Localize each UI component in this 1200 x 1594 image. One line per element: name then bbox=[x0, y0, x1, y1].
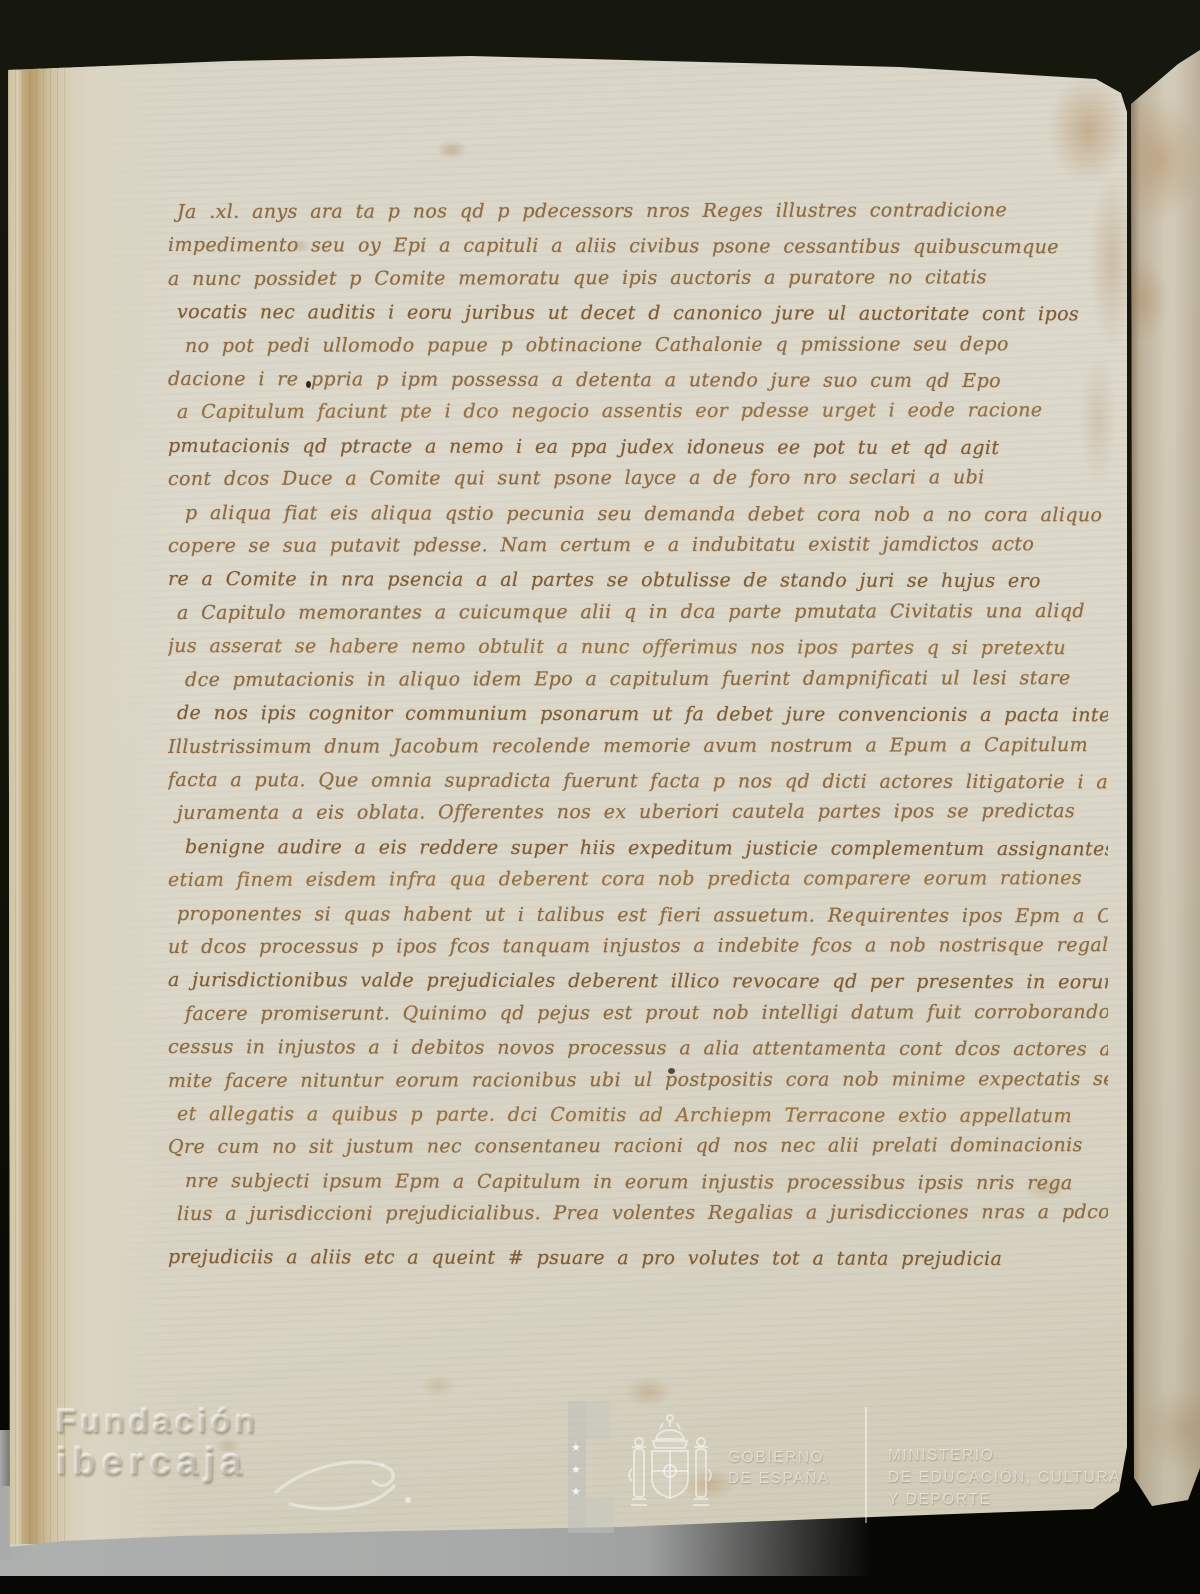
eu-flag-icon: ★ ★ ★ bbox=[568, 1401, 620, 1533]
manuscript-line: Qre cum no sit justum nec consentaneu ra… bbox=[168, 1129, 1108, 1164]
manuscript-line: cont dcos Duce a Comite qui sunt psone l… bbox=[168, 461, 1108, 496]
manuscript-line: jus asserat se habere nemo obtulit a nun… bbox=[168, 630, 1108, 666]
manuscript-line: p aliqua fiat eis aliqua qstio pecunia s… bbox=[168, 497, 1108, 533]
manuscript-line: Illustrissimum dnum Jacobum recolende me… bbox=[168, 729, 1108, 764]
manuscript-line: a jurisdictionibus valde prejudiciales d… bbox=[168, 964, 1108, 1000]
watermark-divider-line bbox=[865, 1407, 867, 1523]
manuscript-line: juramenta a eis oblata. Offerentes nos e… bbox=[168, 795, 1108, 830]
manuscript-line: nre subjecti ipsum Epm a Capitulum in eo… bbox=[168, 1165, 1108, 1201]
manuscript-line: copere se sua putavit pdesse. Nam certum… bbox=[168, 528, 1108, 563]
spain-government-watermark: ★ ★ ★ bbox=[560, 1395, 1170, 1535]
manuscript-line: vocatis nec auditis i eoru juribus ut de… bbox=[168, 296, 1108, 332]
ibercaja-swoosh-icon bbox=[270, 1442, 420, 1527]
eu-star-icon: ★ bbox=[571, 1485, 581, 1498]
government-label-line2: DE ESPAÑA bbox=[728, 1468, 830, 1489]
manuscript-line: mite facere nituntur eorum racionibus ub… bbox=[168, 1063, 1108, 1098]
ministry-label-line3: Y DEPORTE bbox=[888, 1489, 1121, 1511]
manuscript-page: Ja .xl. anys ara ta p nos qd p pdecessor… bbox=[0, 0, 1200, 1594]
eu-star-icon: ★ bbox=[571, 1463, 581, 1476]
manuscript-line: lius a jurisdiccioni prejudicialibus. Pr… bbox=[168, 1196, 1108, 1231]
manuscript-line: dce pmutacionis in aliquo idem Epo a cap… bbox=[168, 662, 1108, 697]
manuscript-line: de nos ipis cognitor communium psonarum … bbox=[168, 697, 1108, 733]
stacked-page-edges bbox=[8, 56, 66, 1544]
manuscript-line: no pot pedi ullomodo papue p obtinacione… bbox=[168, 328, 1108, 363]
eu-flag-block-bottom bbox=[586, 1497, 614, 1533]
manuscript-line: cessus in injustos a i debitos novos pro… bbox=[168, 1031, 1108, 1067]
manuscript-line: a Capitulum faciunt pte i dco negocio as… bbox=[168, 394, 1108, 429]
manuscript-line: Ja .xl. anys ara ta p nos qd p pdecessor… bbox=[168, 196, 1108, 229]
manuscript-line: facere promiserunt. Quinimo qd pejus est… bbox=[168, 996, 1108, 1031]
ministry-label-line1: MINISTERIO bbox=[888, 1445, 1121, 1467]
manuscript-scan-photo: Ja .xl. anys ara ta p nos qd p pdecessor… bbox=[0, 0, 1200, 1594]
spain-coat-of-arms-icon bbox=[622, 1411, 718, 1519]
eu-star-icon: ★ bbox=[571, 1441, 581, 1454]
manuscript-line: benigne audire a eis reddere super hiis … bbox=[168, 831, 1108, 867]
ibercaja-watermark: Fundación ibercaja bbox=[56, 1402, 476, 1532]
manuscript-text-block: Ja .xl. anys ara ta p nos qd p pdecessor… bbox=[168, 196, 1108, 1316]
ministry-label: MINISTERIO DE EDUCACIÓN, CULTURA Y DEPOR… bbox=[888, 1445, 1121, 1511]
manuscript-line: facta a puta. Que omnia supradicta fueru… bbox=[168, 764, 1108, 800]
ministry-label-line2: DE EDUCACIÓN, CULTURA bbox=[888, 1467, 1121, 1489]
manuscript-line: a nunc possidet p Comite memoratu que ip… bbox=[168, 261, 1108, 296]
government-label-line1: GOBIERNO bbox=[728, 1447, 830, 1468]
manuscript-line: pmutacionis qd ptracte a nemo i ea ppa j… bbox=[168, 430, 1108, 466]
eu-flag-block-top bbox=[586, 1401, 610, 1439]
manuscript-line: etiam finem eisdem infra qua deberent co… bbox=[168, 862, 1108, 897]
government-label: GOBIERNO DE ESPAÑA bbox=[728, 1447, 830, 1489]
manuscript-line: ut dcos processus p ipos fcos tanquam in… bbox=[168, 929, 1108, 964]
manuscript-line: proponentes si quas habent ut i talibus … bbox=[168, 898, 1108, 934]
manuscript-line: re a Comite in nra psencia a al partes s… bbox=[168, 563, 1108, 599]
ibercaja-watermark-line1: Fundación bbox=[56, 1402, 476, 1440]
manuscript-line: a Capitulo memorantes a cuicumque alii q… bbox=[168, 595, 1108, 630]
manuscript-line: prejudiciis a aliis etc a queint # psuar… bbox=[168, 1241, 1108, 1277]
manuscript-line: et allegatis a quibus p parte. dci Comit… bbox=[168, 1098, 1108, 1134]
manuscript-line: impedimento seu oy Epi a capituli a alii… bbox=[168, 229, 1108, 265]
